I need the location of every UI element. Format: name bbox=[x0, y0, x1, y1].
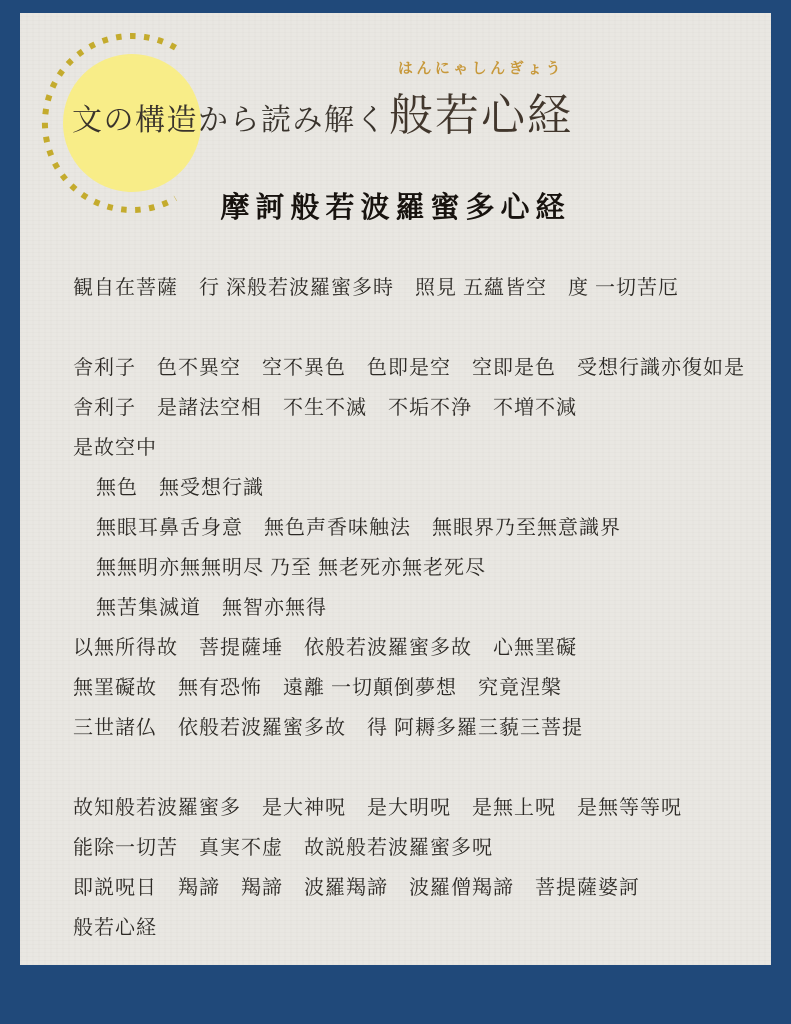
sutra-line: 観自在菩薩 行 深般若波羅蜜多時 照見 五蘊皆空 度 一切苦厄 bbox=[73, 265, 751, 305]
title-prefix: 文の構造から読み解く bbox=[72, 95, 387, 139]
sutra-line: 無罣礙故 無有恐怖 遠離 一切顛倒夢想 究竟涅槃 bbox=[73, 665, 751, 705]
sutra-line: 舎利子 色不異空 空不異色 色即是空 空即是色 受想行識亦復如是 bbox=[73, 345, 751, 385]
sutra-line: 無苦集滅道 無智亦無得 bbox=[73, 585, 751, 625]
title-main: 般若心経 bbox=[389, 91, 573, 140]
sutra-line: 以無所得故 菩提薩埵 依般若波羅蜜多故 心無罣礙 bbox=[73, 625, 751, 665]
sutra-line: 無無明亦無無明尽 乃至 無老死亦無老死尽 bbox=[73, 545, 751, 585]
sutra-line: 是故空中 bbox=[73, 425, 751, 465]
sutra-line: 即説呪日 羯諦 羯諦 波羅羯諦 波羅僧羯諦 菩提薩婆訶 bbox=[73, 865, 751, 905]
sutra-line: 能除一切苦 真実不虚 故説般若波羅蜜多呪 bbox=[73, 825, 751, 865]
sutra-heading: 摩訶般若波羅蜜多心経 bbox=[20, 185, 771, 226]
sutra-line: 舎利子 是諸法空相 不生不滅 不垢不浄 不増不減 bbox=[73, 385, 751, 425]
sutra-line: 無眼耳鼻舌身意 無色声香味触法 無眼界乃至無意識界 bbox=[73, 505, 751, 545]
sutra-line: 故知般若波羅蜜多 是大神呪 是大明呪 是無上呪 是無等等呪 bbox=[73, 785, 751, 825]
sutra-body: 観自在菩薩 行 深般若波羅蜜多時 照見 五蘊皆空 度 一切苦厄 舎利子 色不異空… bbox=[73, 265, 751, 945]
paper-background: 文の構造から読み解く はんにゃしんぎょう 般若心経 摩訶般若波羅蜜多心経 観自在… bbox=[20, 13, 771, 965]
page-frame: 文の構造から読み解く はんにゃしんぎょう 般若心経 摩訶般若波羅蜜多心経 観自在… bbox=[0, 0, 791, 1024]
sutra-line: 般若心経 bbox=[73, 905, 751, 945]
page-title: 文の構造から読み解く はんにゃしんぎょう 般若心経 bbox=[72, 79, 573, 143]
sutra-line: 無色 無受想行識 bbox=[73, 465, 751, 505]
sutra-line: 三世諸仏 依般若波羅蜜多故 得 阿耨多羅三藐三菩提 bbox=[73, 705, 751, 745]
title-furigana: はんにゃしんぎょう bbox=[389, 57, 573, 78]
title-main-wrap: はんにゃしんぎょう 般若心経 bbox=[389, 79, 573, 143]
